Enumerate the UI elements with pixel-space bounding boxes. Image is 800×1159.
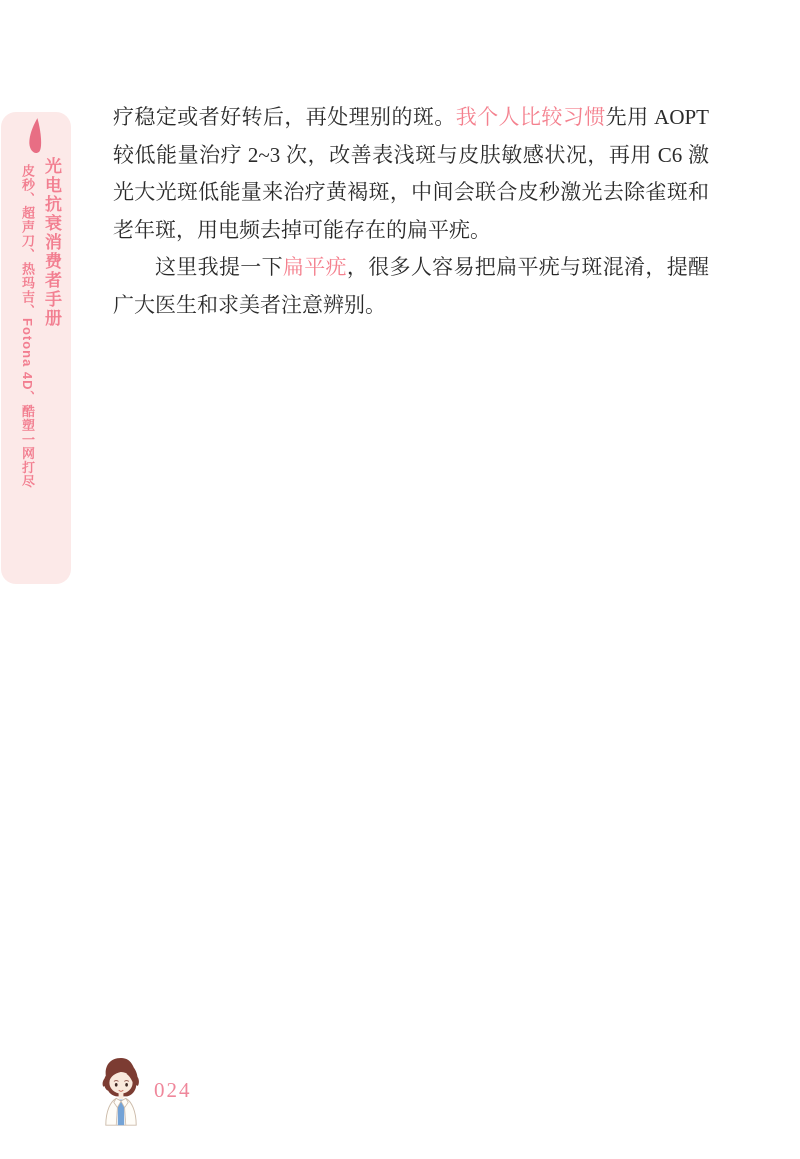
text-segment: 这里我提一下 [155, 255, 283, 279]
brush-stroke-icon [27, 118, 44, 156]
page-number: 024 [154, 1078, 192, 1103]
book-subtitle: 皮秒、超声刀、热玛吉、Fotona 4D、酷塑一网打尽 [19, 157, 36, 567]
highlighted-text: 扁平疣 [283, 255, 347, 279]
paragraph: 这里我提一下扁平疣，很多人容易把扁平疣与斑混淆，提醒广大医生和求美者注意辨别。 [113, 249, 709, 324]
sidebar-vertical-text: 光电抗衰消费者手册 皮秒、超声刀、热玛吉、Fotona 4D、酷塑一网打尽 [19, 157, 63, 567]
paragraph: 疗稳定或者好转后，再处理别的斑。我个人比较习惯先用 AOPT 较低能量治疗 2~… [113, 99, 709, 249]
body-text: 疗稳定或者好转后，再处理别的斑。我个人比较习惯先用 AOPT 较低能量治疗 2~… [113, 99, 709, 325]
doctor-mascot-illustration [97, 1054, 145, 1126]
text-segment: 疗稳定或者好转后，再处理别的斑。 [113, 105, 456, 129]
highlighted-text: 我个人比较习惯 [456, 105, 606, 129]
book-title: 光电抗衰消费者手册 [39, 157, 63, 567]
book-title-sidebar: 光电抗衰消费者手册 皮秒、超声刀、热玛吉、Fotona 4D、酷塑一网打尽 [1, 112, 71, 584]
